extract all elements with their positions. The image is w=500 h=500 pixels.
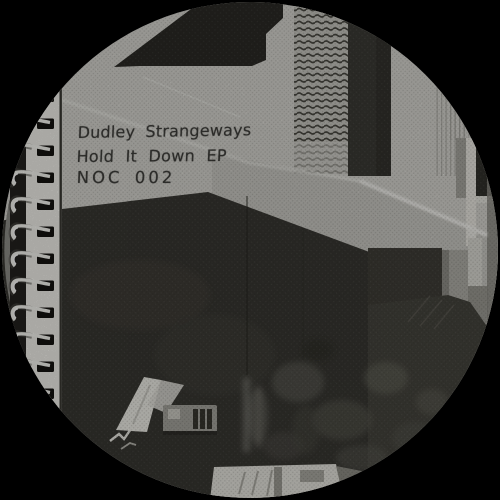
- circular-photo-disc: [0, 0, 500, 500]
- handwritten-catalog-number: NOC 002: [76, 168, 175, 187]
- handwritten-ep-title: Hold It Down EP: [76, 146, 227, 166]
- cover-photo-scene: [0, 0, 500, 500]
- film-grain: [0, 0, 500, 500]
- handwritten-artist-name: Dudley Strangeways: [77, 120, 251, 142]
- album-cover-image: Dudley Strangeways Hold It Down EP NOC 0…: [0, 0, 500, 500]
